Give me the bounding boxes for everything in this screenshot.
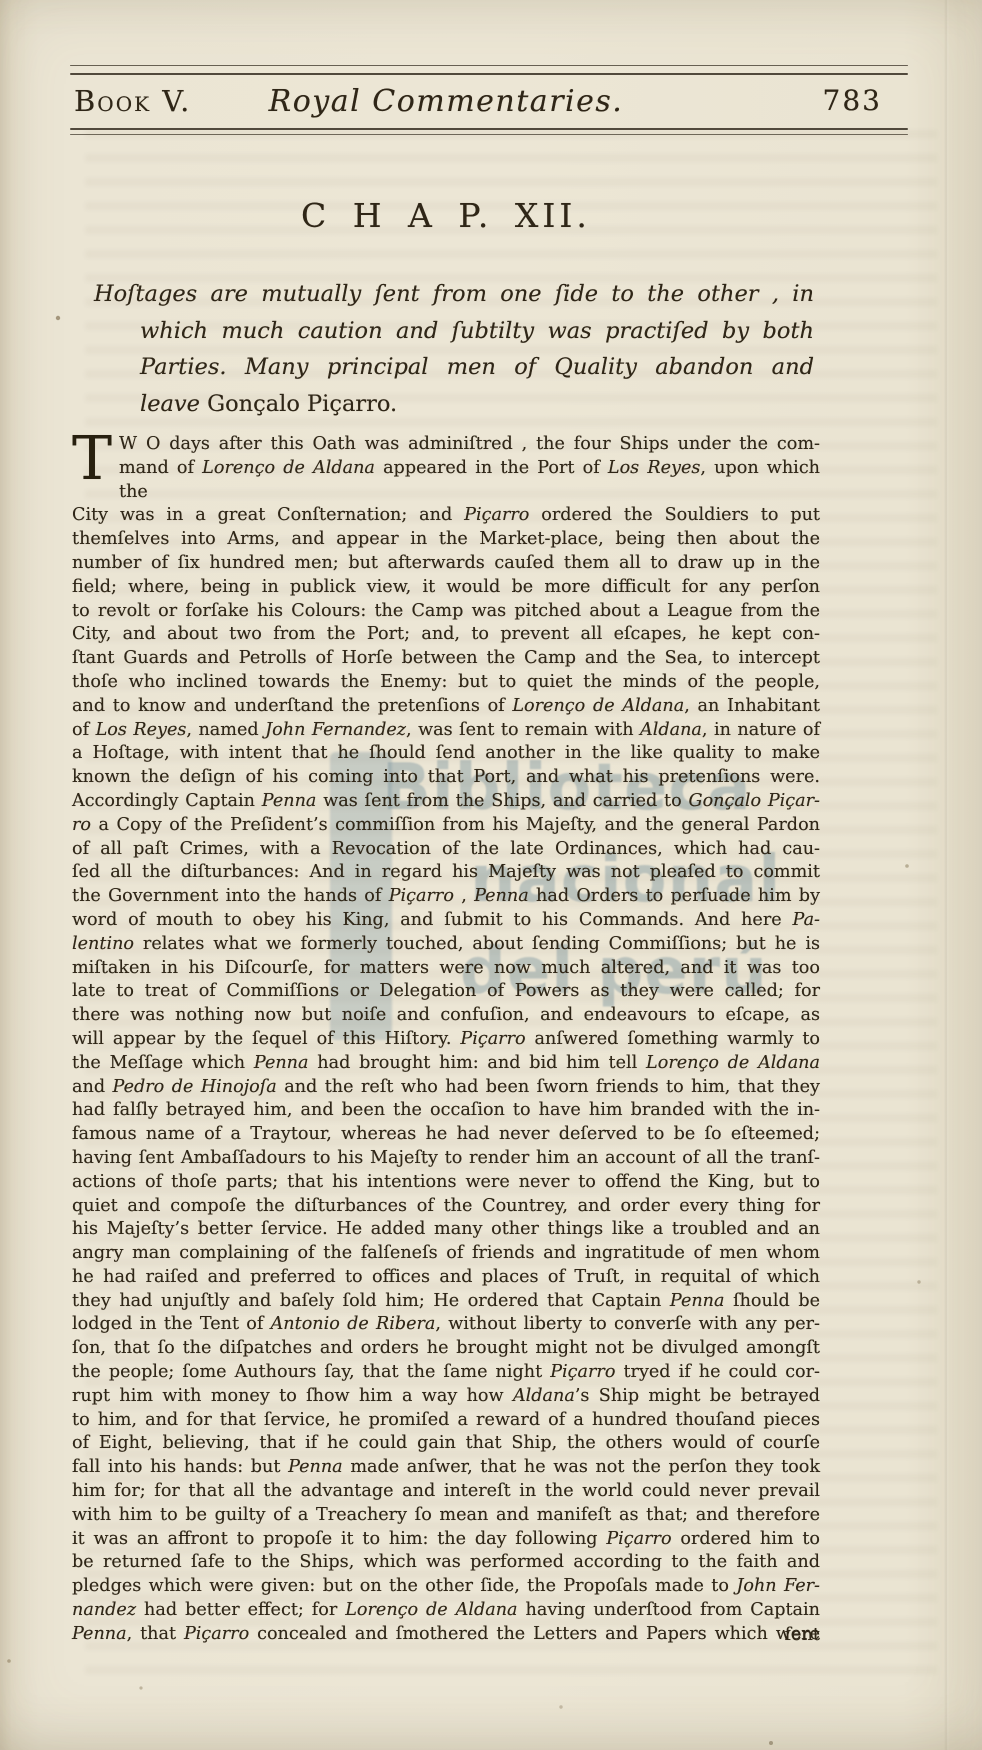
running-header-title: Royal Commentaries. (0, 84, 892, 119)
text-line: City, and about two from the Port; and, … (72, 623, 820, 647)
text-line: known the deſign of his coming into that… (72, 766, 820, 790)
text-line: mand of Lorenço de Aldana appeared in th… (72, 457, 820, 505)
header-bottom-rule (70, 134, 908, 135)
text-line: lentino relates what we formerly touched… (72, 933, 820, 957)
text-line: late to treat of Commiſſions or Delegati… (72, 980, 820, 1004)
text-line: thoſe who inclined towards the Enemy: bu… (72, 671, 820, 695)
paper-specks (0, 0, 2, 2)
text-line: famous name of a Traytour, whereas he ha… (72, 1123, 820, 1147)
catchword: ſent (72, 1624, 820, 1648)
text-line: word of mouth to obey his King, and ſubm… (72, 909, 820, 933)
text-line: fall into his hands: but Penna made anſw… (72, 1456, 820, 1480)
page-number: 783 (823, 84, 882, 117)
text-line: ſtant Guards and Petrolls of Horſe betwe… (72, 647, 820, 671)
text-line: field; where, being in publick view, it … (72, 576, 820, 600)
text-line: number of ſix hundred men; but afterward… (72, 552, 820, 576)
catchword-text: ſent (785, 1625, 820, 1645)
text-line: leave Gonçalo Piçarro. (94, 386, 814, 423)
text-line: to revolt or forſake his Colours: the Ca… (72, 600, 820, 624)
scanned-book-page: Biblioteca nacional del perú Book V. Roy… (0, 0, 982, 1750)
text-line: W O days after this Oath was adminiſtred… (72, 433, 820, 457)
text-line: which much caution and ſubtilty was prac… (94, 313, 814, 350)
text-line: and to know and underſtand the pretenſio… (72, 695, 820, 719)
header-top-rule (70, 73, 908, 75)
text-line: had falſly betrayed him, and been the oc… (72, 1099, 820, 1123)
text-line: of Eight, believing, that if he could ga… (72, 1432, 820, 1456)
body-text: T W O days after this Oath was adminiſtr… (72, 433, 820, 1647)
text-line: a Hoſtage, with intent that he ſhould ſe… (72, 742, 820, 766)
text-line: the Meſſage which Penna had brought him:… (72, 1052, 820, 1076)
text-line: of Los Reyes, named John Fernandez, was … (72, 719, 820, 743)
text-line: the Government into the hands of Piçarro… (72, 885, 820, 909)
paper-crease (944, 0, 949, 1750)
text-line: actions of thoſe parts; that his intenti… (72, 1171, 820, 1195)
text-line: nandez had better effect; for Lorenço de… (72, 1599, 820, 1623)
text-line: with him to be guilty of a Treachery ſo … (72, 1504, 820, 1528)
drop-cap-initial: T (72, 429, 112, 489)
text-line: they had unjuſtly and baſely ſold him; H… (72, 1290, 820, 1314)
header-bottom-rule (70, 128, 908, 130)
text-line: miſtaken in his Diſcourſe, for matters w… (72, 957, 820, 981)
text-line: themſelves into Arms, and appear in the … (72, 528, 820, 552)
text-line: angry man complaining of the falſeneſs o… (72, 1242, 820, 1266)
text-line: lodged in the Tent of Antonio de Ribera,… (72, 1313, 820, 1337)
chapter-heading: C H A P. XII. (72, 196, 820, 236)
text-line: he had raiſed and preferred to offices a… (72, 1266, 820, 1290)
text-line: him for; for that all the advantage and … (72, 1480, 820, 1504)
text-line: and Pedro de Hinojoſa and the reſt who h… (72, 1076, 820, 1100)
text-line: of all paſt Crimes, with a Revocation of… (72, 838, 820, 862)
text-line: there was nothing now but noiſe and conf… (72, 1004, 820, 1028)
text-line: Hoſtages are mutually ſent from one ſide… (94, 276, 814, 313)
text-line: to him, and for that ſervice, he promiſe… (72, 1409, 820, 1433)
text-line: the people; ſome Authours ſay, that the … (72, 1361, 820, 1385)
text-line: will appear by the ſequel of this Hiſtor… (72, 1028, 820, 1052)
text-line: quiet and compoſe the diſturbances of th… (72, 1195, 820, 1219)
text-line: ſon, that ſo the diſpatches and orders h… (72, 1337, 820, 1361)
text-line: ro a Copy of the Preſident’s commiſſion … (72, 814, 820, 838)
text-line: City was in a great Conſternation; and P… (72, 504, 820, 528)
text-line: it was an affront to propoſe it to him: … (72, 1528, 820, 1552)
text-line: rupt him with money to ſhow him a way ho… (72, 1385, 820, 1409)
body-lines: W O days after this Oath was adminiſtred… (72, 433, 820, 1647)
text-line: be returned ſafe to the Ships, which was… (72, 1551, 820, 1575)
text-line: Parties. Many principal men of Quality a… (94, 349, 814, 386)
text-line: his Majeſty’s better ſervice. He added m… (72, 1218, 820, 1242)
chapter-argument: Hoſtages are mutually ſent from one ſide… (94, 276, 814, 422)
text-line: having ſent Ambaſſadours to his Majeſty … (72, 1147, 820, 1171)
text-line: pledges which were given: but on the oth… (72, 1575, 820, 1599)
text-line: ſed all the diſturbances: And in regard … (72, 861, 820, 885)
text-line: Accordingly Captain Penna was ſent from … (72, 790, 820, 814)
